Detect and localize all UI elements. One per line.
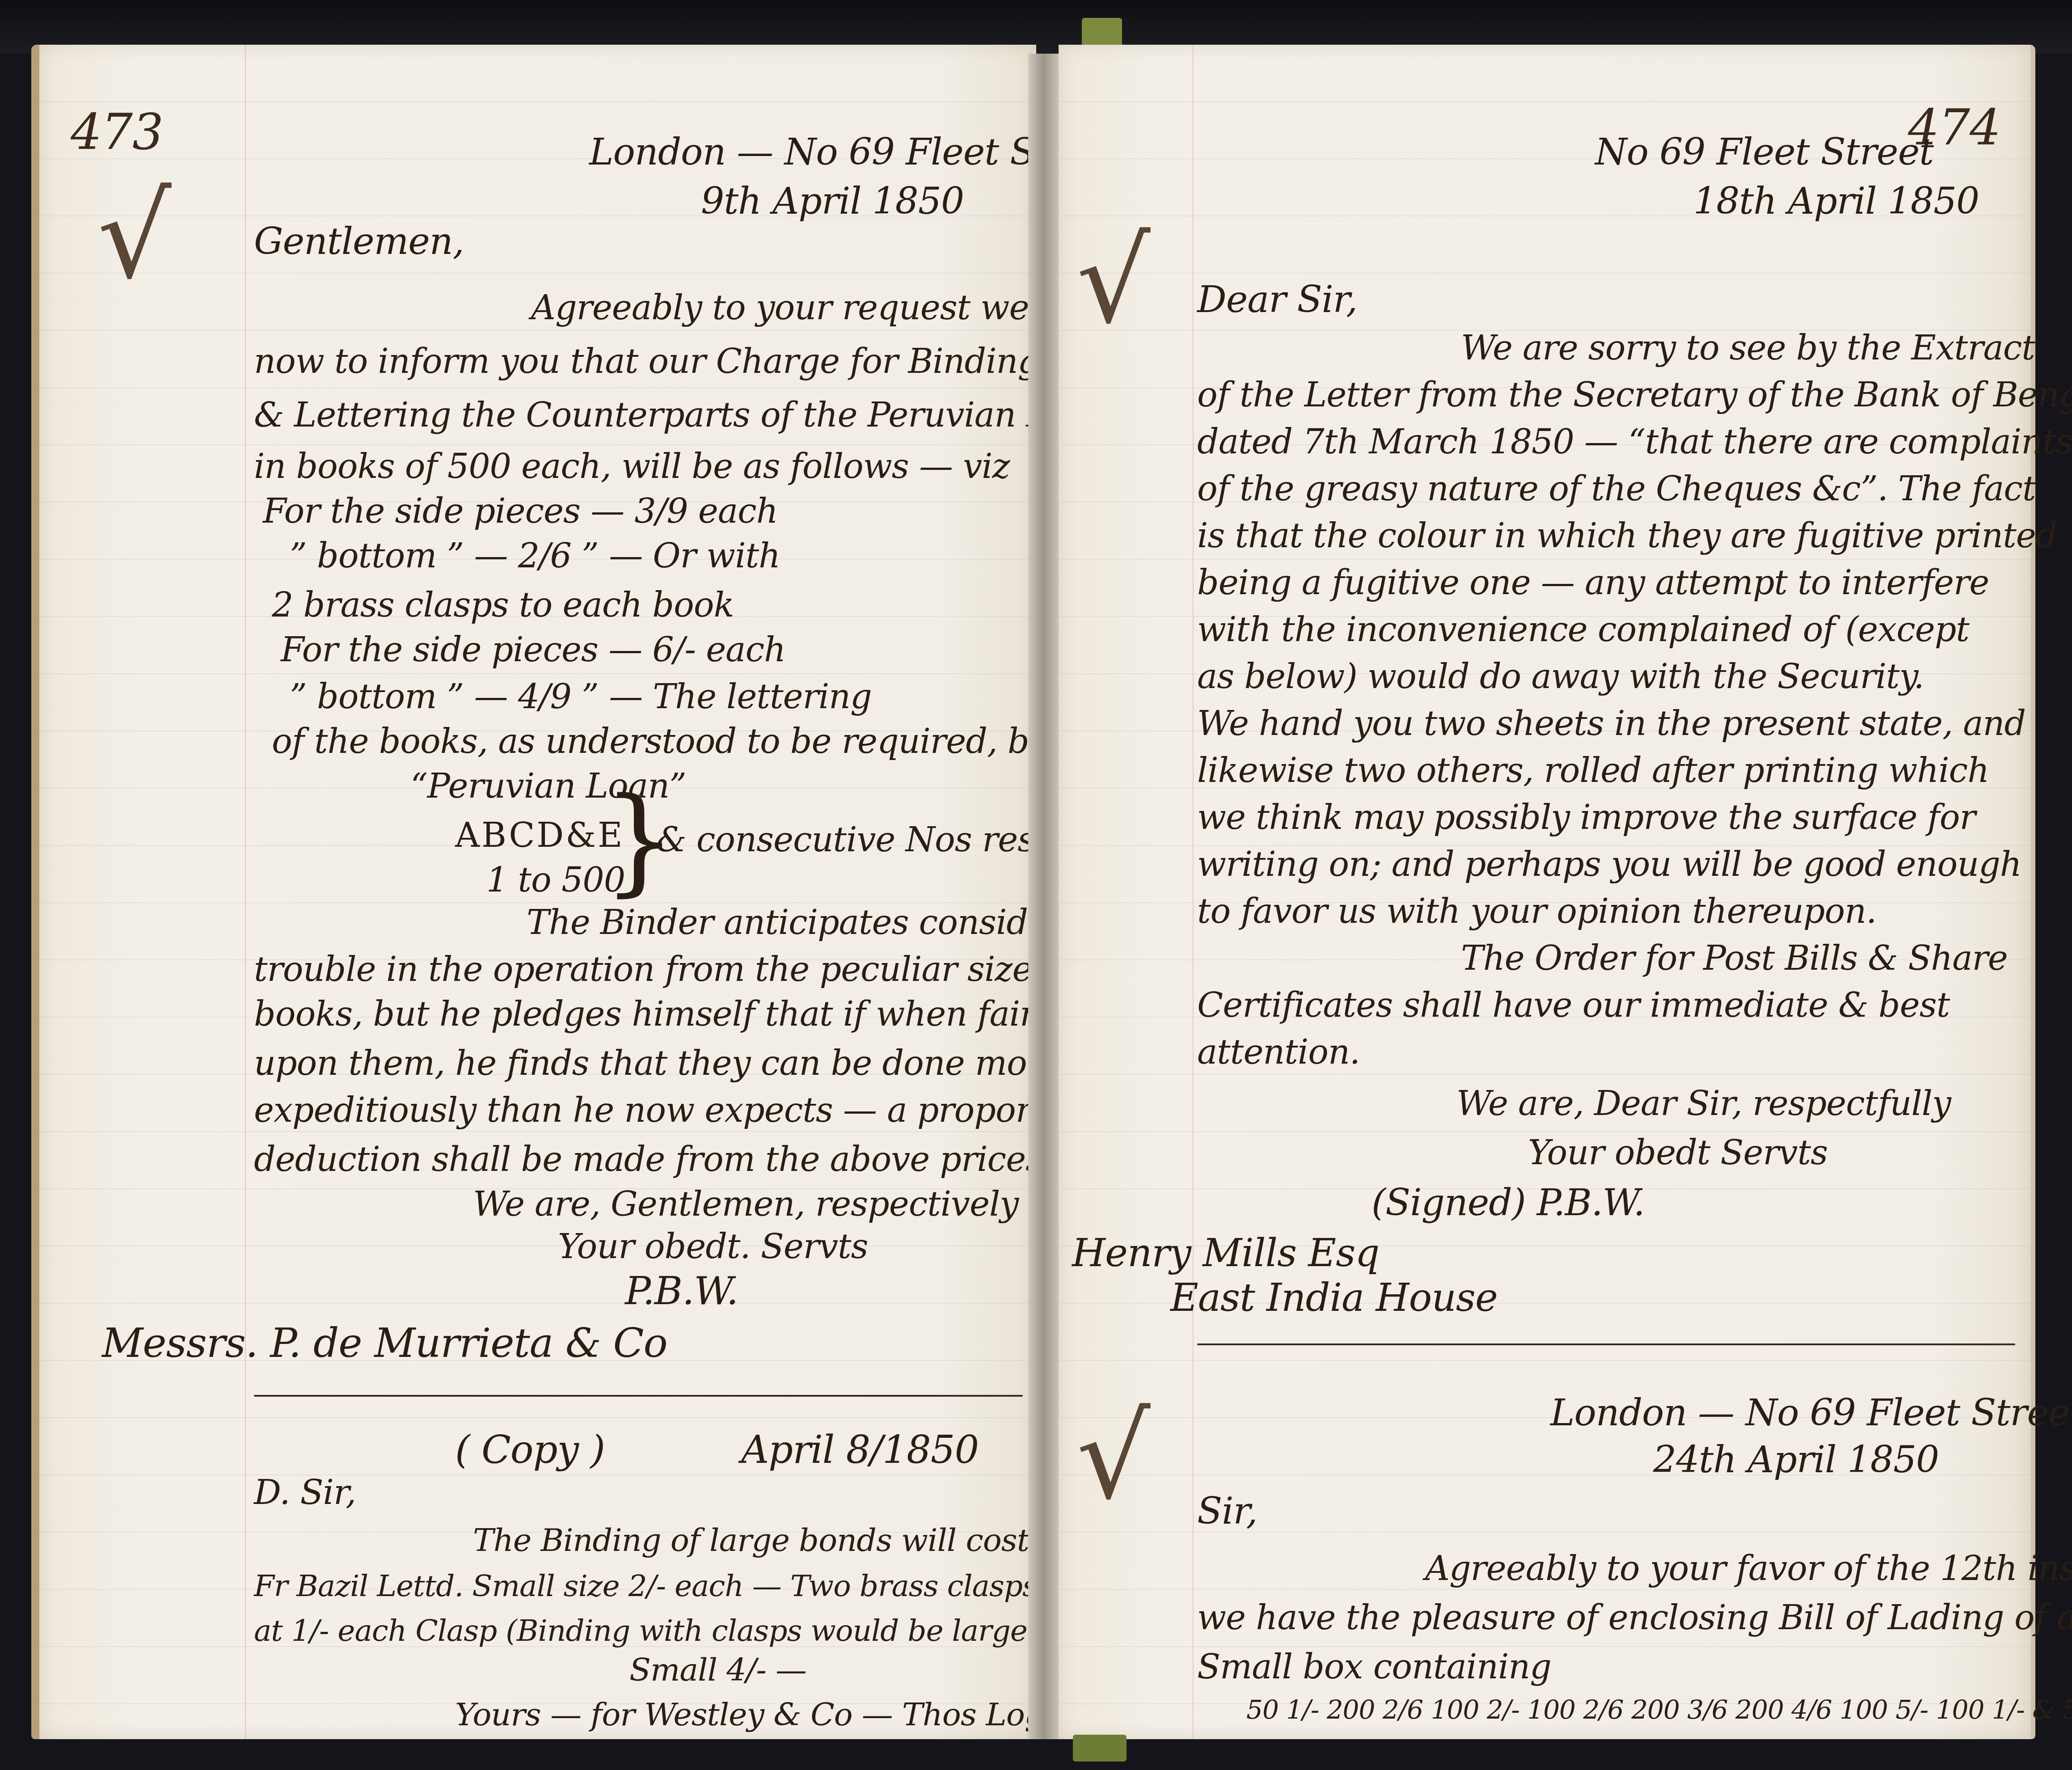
- lettering-letters: ABCD&E: [455, 818, 624, 852]
- body-line: Agreeably to your request we beg: [531, 291, 1101, 325]
- closing: We are, Dear Sir, respectfully: [1456, 1086, 1951, 1120]
- copy-date: April 8/1850: [741, 1431, 979, 1469]
- section-divider: [1197, 1343, 2015, 1345]
- price-line: For the side pieces — 6/- each: [281, 633, 785, 667]
- body-line: We hand you two sheets in the present st…: [1197, 706, 2026, 740]
- signature: P.B.W.: [625, 1272, 738, 1310]
- section-divider: [254, 1395, 1023, 1397]
- body-line: to favor us with your opinion thereupon.: [1197, 894, 1876, 928]
- margin-rule: [245, 45, 246, 1739]
- left-page: 473 √ London — No 69 Fleet Street 9th Ap…: [31, 45, 1036, 1739]
- body-line: likewise two others, rolled after printi…: [1197, 753, 1989, 787]
- letter-date: 24th April 1850: [1653, 1442, 1939, 1479]
- body-line: we have the pleasure of enclosing Bill o…: [1197, 1601, 2072, 1635]
- body-line: is that the colour in which they are fug…: [1197, 519, 2057, 553]
- body-line: attention.: [1197, 1035, 1360, 1069]
- letter-place: London — No 69 Fleet Street: [1550, 1395, 2072, 1432]
- right-page: 474 No 69 Fleet Street 18th April 1850 √…: [1059, 45, 2035, 1739]
- body-line: We are sorry to see by the Extract: [1461, 331, 2035, 365]
- letter-place: No 69 Fleet Street: [1595, 134, 1933, 171]
- page-number: 473: [71, 107, 163, 156]
- body-line: of the Letter from the Secretary of the …: [1197, 378, 2072, 412]
- price-line: For the side pieces — 3/9 each: [263, 494, 778, 528]
- price-line: ” bottom ” — 2/6 ” — Or with: [290, 539, 780, 573]
- closing: We are, Gentlemen, respectively: [473, 1187, 1018, 1221]
- copy-label: ( Copy ): [455, 1431, 605, 1469]
- price-line: ” bottom ” — 4/9 ” — The lettering: [290, 680, 872, 714]
- body-line: 2 brass clasps to each book: [272, 588, 734, 622]
- body-line: Agreeably to your favor of the 12th inst: [1425, 1551, 2072, 1585]
- body-line: expeditiously than he now expects — a pr…: [254, 1093, 1149, 1127]
- body-line: Certificates shall have our immediate & …: [1197, 988, 1950, 1022]
- copy-signoff: Yours — for Westley & Co — Thos Logan: [455, 1699, 1082, 1730]
- body-line: The Order for Post Bills & Share: [1461, 941, 2008, 975]
- letter-date: 9th April 1850: [701, 183, 964, 220]
- closing-servants: Your obedt Servts: [1528, 1136, 1827, 1170]
- copy-line: Small 4/- —: [629, 1654, 806, 1686]
- body-line: deduction shall be made from the above p…: [254, 1142, 1053, 1176]
- checkmark-icon: √: [1076, 224, 1150, 340]
- addressee: Messrs. P. de Murrieta & Co: [102, 1323, 667, 1364]
- body-line: dated 7th March 1850 — “that there are c…: [1197, 425, 2072, 459]
- salutation: Dear Sir,: [1197, 282, 1357, 318]
- body-line: being a fugitive one — any attempt to in…: [1197, 566, 1989, 600]
- addressee-name: Henry Mills Esq: [1072, 1234, 1379, 1272]
- body-line: as below) would do away with the Securit…: [1197, 659, 1924, 693]
- copy-salutation: D. Sir,: [254, 1475, 356, 1509]
- signature: (Signed) P.B.W.: [1371, 1185, 1645, 1221]
- body-line: & Lettering the Counterparts of the Peru…: [254, 398, 1130, 432]
- salutation: Sir,: [1197, 1493, 1258, 1530]
- body-line: with the inconvenience complained of (ex…: [1197, 613, 1969, 646]
- letter-date: 18th April 1850: [1693, 183, 1979, 220]
- addressee-address: East India House: [1170, 1279, 1498, 1317]
- amounts-line: 50 1/- 200 2/6 100 2/- 100 2/6 200 3/6 2…: [1246, 1697, 2072, 1723]
- checkmark-icon: √: [97, 179, 171, 295]
- body-line: we think may possibly improve the surfac…: [1197, 800, 1975, 834]
- bookmark-ribbon-bottom: [1073, 1735, 1127, 1762]
- body-line: writing on; and perhaps you will be good…: [1197, 847, 2021, 881]
- book-gutter: [1028, 54, 1059, 1739]
- salutation: Gentlemen,: [254, 224, 464, 260]
- body-line: of the books, as understood to be requir…: [272, 724, 1102, 758]
- body-line: now to inform you that our Charge for Bi…: [254, 344, 1039, 378]
- number-range: 1 to 500: [486, 863, 625, 897]
- closing-servants: Your obedt. Servts: [558, 1229, 868, 1263]
- body-line: Small box containing: [1197, 1650, 1551, 1684]
- checkmark-icon: √: [1076, 1399, 1150, 1516]
- body-line: of the greasy nature of the Cheques &c”.…: [1197, 472, 2035, 506]
- margin-rule: [1193, 45, 1194, 1739]
- body-line: in books of 500 each, will be as follows…: [254, 449, 1009, 483]
- body-line: upon them, he finds that they can be don…: [254, 1046, 1062, 1080]
